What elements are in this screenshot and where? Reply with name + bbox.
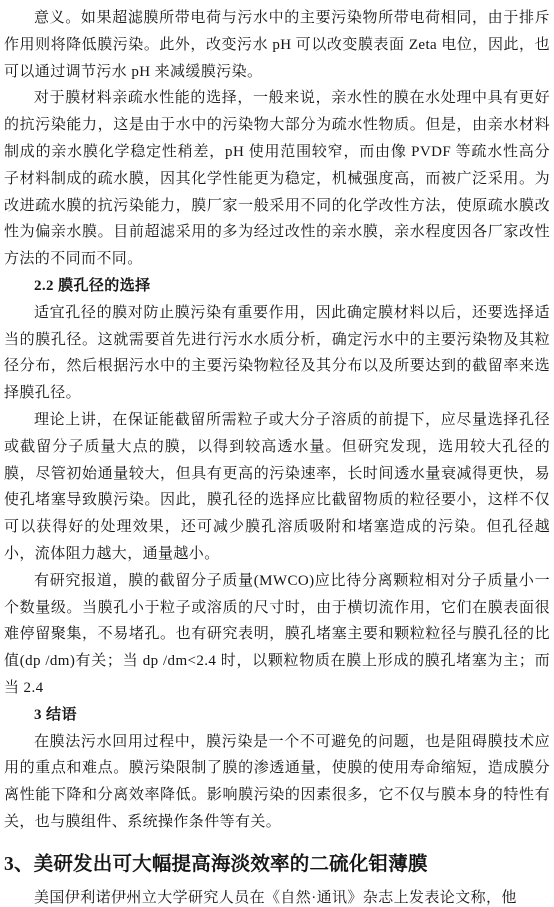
paragraph-hydrophilicity: 对于膜材料亲疏水性能的选择，一般来说，亲水性的膜在水处理中具有更好的抗污染能力，…	[4, 85, 550, 273]
paragraph-pore-theory: 理论上讲，在保证能截留所需粒子或大分子溶质的前提下，应尽量选择孔径或截留分子质量…	[4, 407, 550, 568]
paragraph-pore-selection: 适宜孔径的膜对防止膜污染有重要作用，因此确定膜材料以后，还要选择适当的膜孔径。这…	[4, 300, 550, 407]
paragraph-mwco: 有研究报道，膜的截留分子质量(MWCO)应比待分离颗粒相对分子质量小一个数量级。…	[4, 568, 550, 702]
document-page: 意义。如果超滤膜所带电荷与污水中的主要污染物所带电荷相同，由于排斥作用则将降低膜…	[0, 0, 554, 907]
section-heading-conclusion: 3 结语	[4, 702, 550, 729]
section-heading-pore-size: 2.2 膜孔径的选择	[4, 273, 550, 300]
paragraph-charge-ph: 意义。如果超滤膜所带电荷与污水中的主要污染物所带电荷相同，由于排斥作用则将降低膜…	[4, 5, 550, 85]
article-title-mos2-membrane: 3、美研发出可大幅提高海淡效率的二硫化钼薄膜	[4, 849, 550, 881]
paragraph-conclusion: 在膜法污水回用过程中，膜污染是一个不可避免的问题，也是阻碍膜技术应用的重点和难点…	[4, 729, 550, 836]
paragraph-illinois-research: 美国伊利诺伊州立大学研究人员在《自然·通讯》杂志上发表论文称，他	[4, 885, 550, 907]
